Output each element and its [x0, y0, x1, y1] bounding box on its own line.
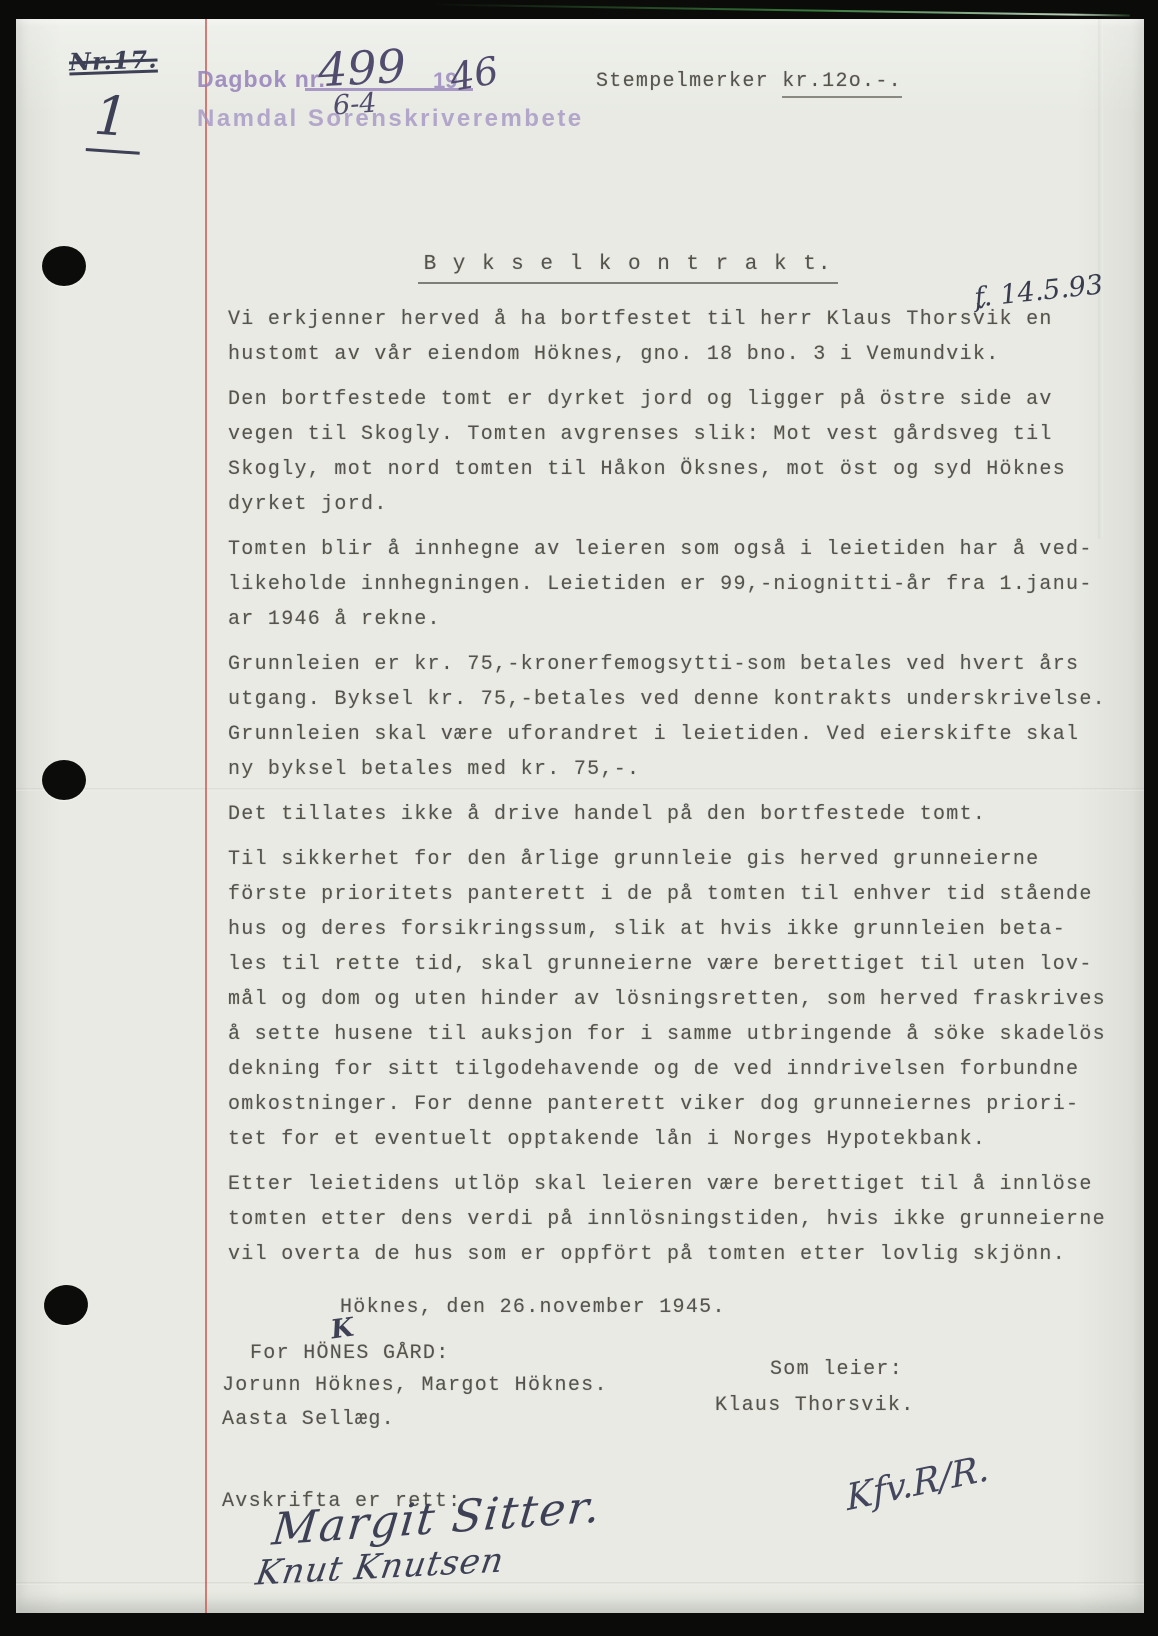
- handwritten-correction-letter: K: [329, 1313, 356, 1346]
- page-number-handwritten: 1: [86, 83, 145, 155]
- red-margin-line: [205, 19, 207, 1613]
- fold-crease-horizontal-lower: [16, 1582, 1144, 1585]
- journal-year-handwritten: 46: [447, 48, 502, 100]
- signature-left-name2: Aasta Sellæg.: [222, 1408, 395, 1431]
- document-title-text: B y k s e l k o n t r a k t.: [418, 253, 839, 284]
- paragraph: Til sikkerhet for den årlige grunnleie g…: [228, 842, 1108, 1157]
- scan-edge-bottom: [0, 1613, 1158, 1636]
- date-line: Höknes, den 26.november 1945.: [340, 1296, 726, 1319]
- stamp-fee-note: Stempelmerker kr.12o.-.: [596, 70, 902, 93]
- paragraph: Tomten blir å innhegne av leieren som og…: [228, 532, 1108, 637]
- archive-number-struck: Nr.17.: [69, 44, 158, 76]
- punch-hole: [42, 1283, 90, 1327]
- stamp-fee-value: kr.12o.-.: [782, 70, 902, 98]
- paragraph: Den bortfestede tomt er dyrket jord og l…: [228, 382, 1108, 522]
- contract-body: Vi erkjenner herved å ha bortfestet til …: [228, 302, 1108, 1272]
- paper-sheet: Nr.17. 1 Dagbok nr. 499 19 46 6-4 Namdal…: [16, 19, 1144, 1613]
- document-title: B y k s e l k o n t r a k t.: [316, 253, 940, 276]
- punch-hole: [42, 760, 86, 800]
- scan-edge-left: [0, 0, 16, 1636]
- journal-stamp-office: Namdal Sorenskriverembete: [197, 105, 584, 133]
- paragraph: Grunnleien er kr. 75,-kronerfemogsytti-s…: [228, 647, 1108, 787]
- signature-right-name: Klaus Thorsvik.: [715, 1394, 915, 1417]
- scanner-light-streak: [430, 4, 1130, 17]
- clerk-initials-handwritten: Kfv.R/R.: [845, 1448, 990, 1520]
- signature-left-names: Jorunn Höknes, Margot Höknes.: [222, 1374, 608, 1397]
- punch-hole: [42, 246, 86, 286]
- signature-left-heading: For HÖNES GÅRD:: [250, 1342, 450, 1365]
- stamp-fee-label: Stempelmerker: [596, 70, 769, 93]
- paragraph: Etter leietidens utlöp skal leieren være…: [228, 1167, 1108, 1272]
- paragraph: Vi erkjenner herved å ha bortfestet til …: [228, 302, 1108, 372]
- scan-edge-top: [0, 0, 1158, 19]
- paragraph: Det tillates ikke å drive handel på den …: [228, 797, 1108, 832]
- scan-edge-right: [1144, 0, 1158, 1636]
- signature-right-heading: Som leier:: [770, 1358, 903, 1381]
